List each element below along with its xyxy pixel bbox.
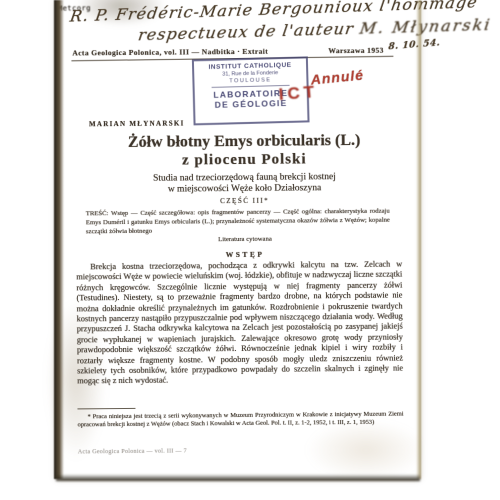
handwritten-date: 8. 10. 54. — [388, 38, 440, 52]
section-heading-wstep: WSTĘP — [80, 248, 410, 260]
abstract-last-line: Literatura cytowana — [80, 234, 410, 244]
journal-place-year: Warszawa 1953 — [328, 46, 383, 55]
body-paragraph: Brekcja kostna trzeciorzędowa, pochodząc… — [76, 260, 403, 388]
page-edge-right — [416, 0, 421, 479]
paper-page: Metcorg R. P. Frédéric-Marie Bergounioux… — [56, 0, 420, 479]
book-gutter-shadow — [54, 0, 64, 479]
annule-stamp: Annulé — [310, 67, 365, 88]
page-content: Metcorg R. P. Frédéric-Marie Bergounioux… — [54, 0, 422, 481]
article-title-line2: z pliocenu Polski — [79, 151, 409, 171]
footnote: * Praca niniejsza jest trzecią z serii w… — [78, 411, 404, 430]
handwritten-signature: M. Młynarski — [358, 15, 492, 38]
abstract-tresc: TREŚĆ: Wstęp — Część szczegółowa: opis f… — [86, 208, 390, 237]
article-subtitle-line2: w miejscowości Węże koło Działoszyna — [80, 183, 410, 196]
scanned-page-photo: Metcorg R. P. Frédéric-Marie Bergounioux… — [0, 0, 500, 500]
page-edge-bottom — [56, 474, 420, 481]
journal-header: Acta Geologica Polonica, vol. III — Nadb… — [72, 47, 268, 58]
dedication-text: respectueux de l'auteur — [137, 19, 355, 44]
footer-signature-line: Acta Geologica Polonica — vol. III — 7 — [78, 448, 187, 455]
ict-stamp: ICT — [278, 82, 319, 105]
article-part-label: CZĘŚĆ III* — [80, 196, 410, 207]
article-title-line1: Żółw błotny Emys orbicularis (L.) — [79, 132, 409, 153]
footnote-rule — [77, 408, 135, 410]
author-name: MARIAN MŁYNARSKI — [89, 119, 185, 128]
